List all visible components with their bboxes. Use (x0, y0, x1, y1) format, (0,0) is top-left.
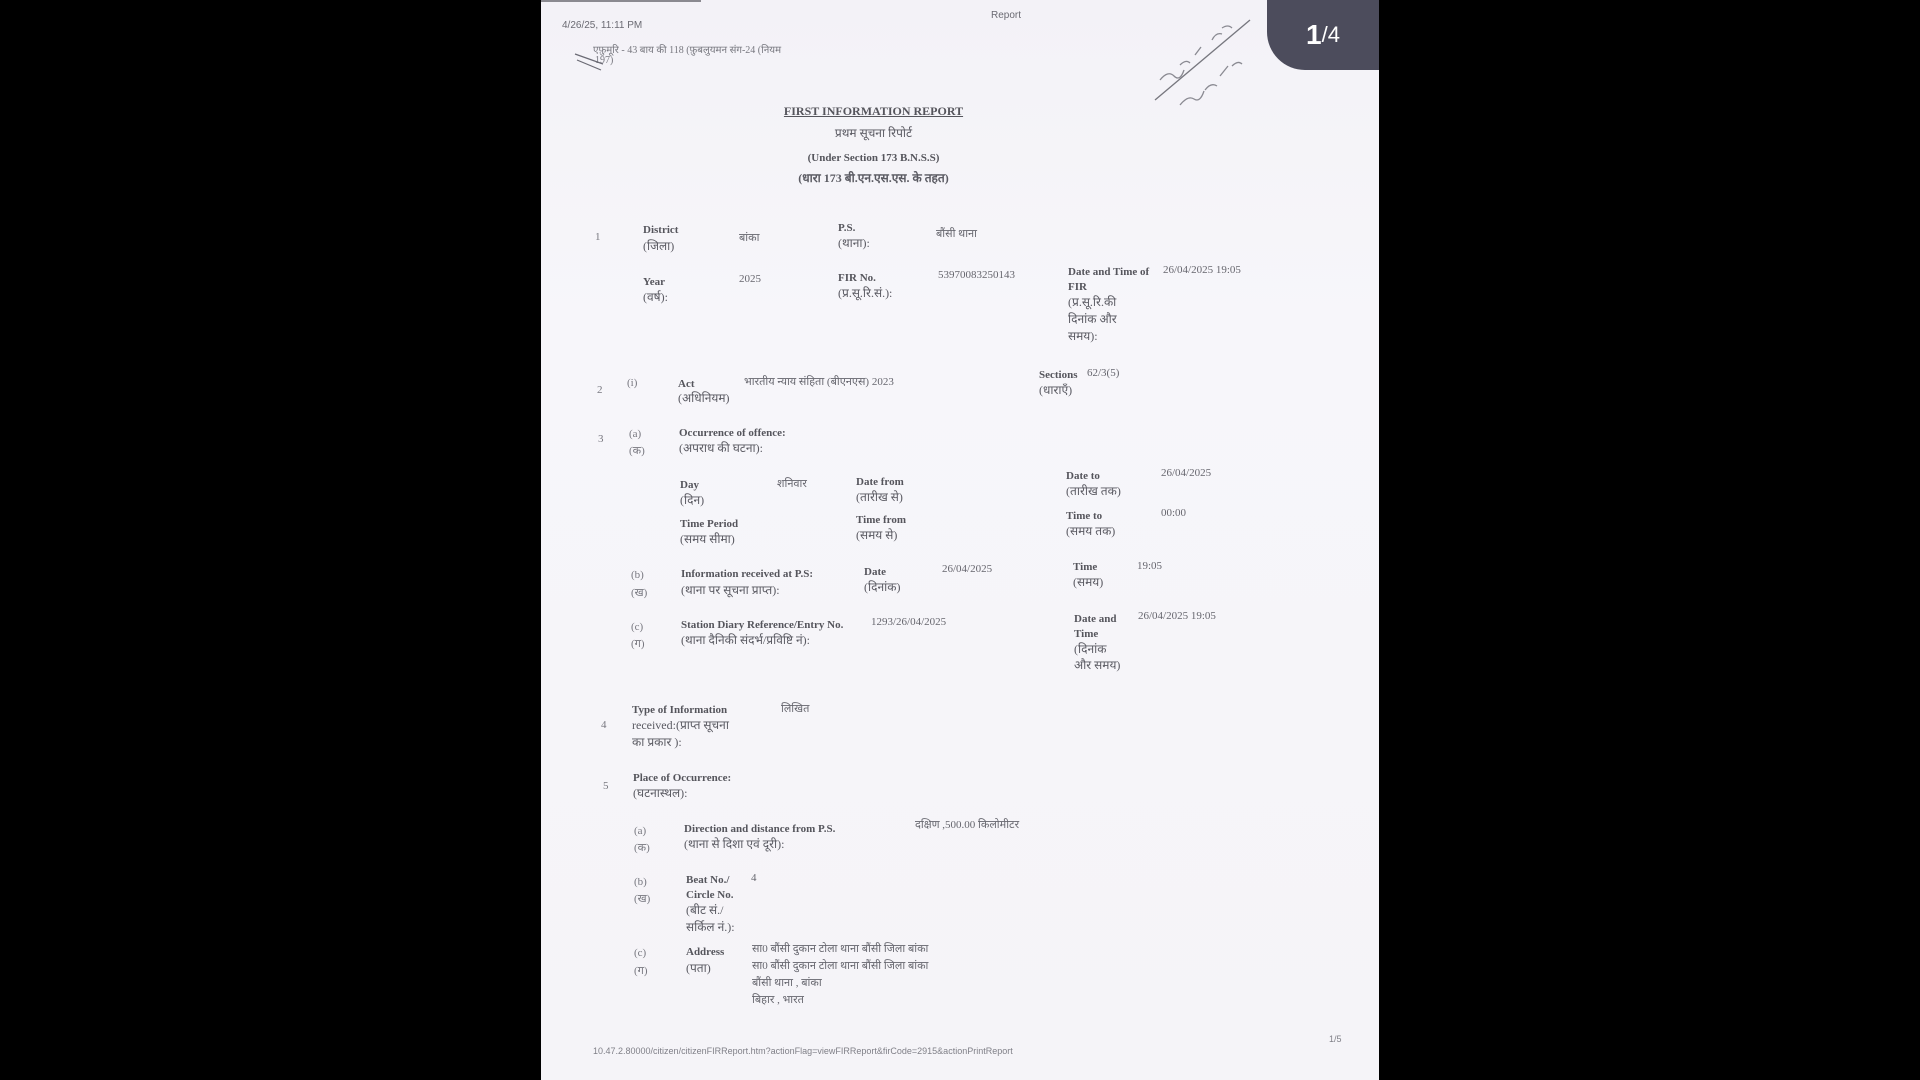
date-from-label-hi: (तारीख से) (856, 490, 903, 505)
document-page: 4/26/25, 11:11 PM Report एफ़ुमूरि - 43 ब… (541, 0, 1379, 1080)
section2-number: 2 (597, 384, 603, 396)
fir-label-hi: (प्र.सू.रि.सं.): (838, 286, 892, 301)
fir-datetime-value: 26/04/2025 19:05 (1163, 264, 1241, 276)
info-type-value: लिखित (781, 701, 809, 716)
district-label-hi: (जिला) (643, 239, 674, 254)
district-value: बांका (739, 230, 759, 245)
info-date-value: 26/04/2025 (942, 563, 992, 575)
section3c-sub-en: (c) (631, 621, 643, 633)
time-period-label-en: Time Period (680, 517, 738, 532)
date-to-label-en: Date to (1066, 469, 1100, 484)
direction-label-en: Direction and distance from P.S. (684, 822, 835, 837)
footer-url: 10.47.2.80000/citizen/citizenFIRReport.h… (593, 1046, 1013, 1056)
address-line: सा0 बौंसी दुकान टोला थाना बौंसी जिला बां… (752, 941, 928, 958)
doc-title-hi: प्रथम सूचना रिपोर्ट (731, 126, 1016, 141)
year-label-en: Year (643, 275, 665, 290)
occurrence-label-hi: (अपराध की घटना): (679, 441, 763, 456)
info-type-label-hi: का प्रकार ): (632, 735, 682, 750)
date-from-label-en: Date from (856, 475, 904, 490)
time-to-label-hi: (समय तक) (1066, 524, 1115, 539)
section3-number: 3 (598, 433, 604, 445)
beat-value: 4 (751, 872, 757, 884)
day-label-en: Day (680, 478, 699, 493)
day-label-hi: (दिन) (680, 493, 704, 508)
info-date-label-en: Date (864, 565, 886, 580)
section2-sub: (i) (627, 377, 637, 389)
section5a-sub-hi: (क) (634, 840, 650, 855)
section3a-sub-hi: (क) (629, 443, 645, 458)
info-time-label-en: Time (1073, 560, 1097, 575)
fir-datetime-label-en2: FIR (1068, 280, 1087, 295)
beat-label-en2: Circle No. (686, 888, 733, 903)
year-value: 2025 (739, 273, 761, 285)
section5b-sub-en: (b) (634, 876, 647, 888)
time-to-label-en: Time to (1066, 509, 1102, 524)
doc-title-en: FIRST INFORMATION REPORT (731, 104, 1016, 119)
date-to-label-hi: (तारीख तक) (1066, 484, 1121, 499)
diary-datetime-value: 26/04/2025 19:05 (1138, 610, 1216, 622)
page-counter-badge: 1 / 4 (1267, 0, 1379, 70)
sections-label-en: Sections (1039, 368, 1078, 383)
diary-datetime-label-en2: Time (1074, 627, 1098, 642)
time-from-label-hi: (समय से) (856, 528, 897, 543)
day-value: शनिवार (777, 476, 807, 491)
info-type-label-en2: received:(प्राप्त सूचना (632, 718, 729, 733)
diary-datetime-label-hi2: और समय) (1074, 658, 1120, 673)
act-label-en: Act (678, 377, 695, 392)
time-to-value: 00:00 (1161, 507, 1186, 519)
date-to-value: 26/04/2025 (1161, 467, 1211, 479)
info-date-label-hi: (दिनांक) (864, 580, 900, 595)
occurrence-label-en: Occurrence of offence: (679, 426, 786, 441)
section5a-sub-en: (a) (634, 825, 646, 837)
diary-datetime-label-hi1: (दिनांक (1074, 642, 1106, 657)
info-time-label-hi: (समय) (1073, 575, 1103, 590)
section1-number: 1 (595, 231, 601, 243)
ps-label-hi: (थाना): (838, 236, 870, 251)
address-line: बौंसी थाना , बांका (752, 975, 928, 992)
beat-label-hi2: सर्किल नं.): (686, 920, 735, 935)
address-label-en: Address (686, 945, 724, 960)
footer-page: 1/5 (1329, 1034, 1342, 1044)
sections-value: 62/3(5) (1087, 367, 1119, 379)
station-diary-value: 1293/26/04/2025 (871, 616, 946, 628)
place-label-en: Place of Occurrence: (633, 771, 731, 786)
page-current: 1 (1306, 19, 1322, 51)
address-label-hi: (पता) (686, 961, 711, 976)
station-diary-label-en: Station Diary Reference/Entry No. (681, 618, 843, 633)
top-rule (541, 0, 701, 2)
handwritten-signature-icon: N.S.K. 27/4/25 (1150, 10, 1260, 120)
fir-label-en: FIR No. (838, 271, 876, 286)
info-time-value: 19:05 (1137, 560, 1162, 572)
station-diary-label-hi: (थाना दैनिकी संदर्भ/प्रविष्टि नं): (681, 633, 810, 648)
pen-mark-icon (573, 48, 613, 72)
fir-datetime-label-en: Date and Time of (1068, 265, 1149, 280)
fir-datetime-label-hi3: समय): (1068, 329, 1098, 344)
year-label-hi: (वर्ष): (643, 290, 668, 305)
handwritten-note: N.S.K. 27/4/25 (1150, 10, 1247, 14)
time-from-label-en: Time from (856, 513, 906, 528)
address-line: बिहार , भारत (752, 992, 928, 1009)
print-datetime: 4/26/25, 11:11 PM (562, 20, 642, 31)
info-received-label-en: Information received at P.S: (681, 567, 813, 582)
print-title: Report (991, 10, 1021, 21)
section5c-sub-en: (c) (634, 947, 646, 959)
fir-datetime-label-hi1: (प्र.सू.रि.की (1068, 295, 1116, 310)
act-label-hi: (अधिनियम) (678, 391, 730, 406)
doc-under-hi: (धारा 173 बी.एन.एस.एस. के तहत) (731, 171, 1016, 186)
section5b-sub-hi: (ख) (634, 891, 650, 906)
time-period-label-hi: (समय सीमा) (680, 532, 735, 547)
place-label-hi: (घटनास्थल): (633, 786, 687, 801)
ps-value: बौंसी थाना (936, 226, 977, 241)
section5-number: 5 (603, 780, 609, 792)
act-value: भारतीय न्याय संहिता (बीएनएस) 2023 (744, 374, 894, 389)
section5c-sub-hi: (ग) (634, 963, 648, 978)
page-total: 4 (1328, 22, 1340, 48)
sections-label-hi: (धाराएँ) (1039, 383, 1072, 398)
section4-number: 4 (601, 719, 607, 731)
section3b-sub-en: (b) (631, 569, 644, 581)
address-line: सा0 बौंसी दुकान टोला थाना बौंसी जिला बां… (752, 958, 928, 975)
section3c-sub-hi: (ग) (631, 636, 645, 651)
section3b-sub-hi: (ख) (631, 585, 647, 600)
top-note-line1: एफ़ुमूरि - 43 बाय की 118 (फ़ुबलुयमन संग-… (593, 42, 781, 56)
section3a-sub-en: (a) (629, 428, 641, 440)
info-type-label-en1: Type of Information (632, 703, 727, 718)
diary-datetime-label-en1: Date and (1074, 612, 1116, 627)
fir-datetime-label-hi2: दिनांक और (1068, 312, 1117, 327)
beat-label-en1: Beat No./ (686, 873, 729, 888)
district-label-en: District (643, 223, 678, 238)
address-lines: सा0 बौंसी दुकान टोला थाना बौंसी जिला बां… (752, 941, 928, 1009)
beat-label-hi1: (बीट सं./ (686, 903, 723, 918)
ps-label-en: P.S. (838, 221, 855, 236)
info-received-label-hi: (थाना पर सूचना प्राप्त): (681, 583, 780, 598)
doc-under-en: (Under Section 173 B.N.S.S) (731, 151, 1016, 166)
fir-number-value: 53970083250143 (938, 269, 1015, 281)
direction-value: दक्षिण ,500.00 किलोमीटर (915, 817, 1019, 832)
direction-label-hi: (थाना से दिशा एवं दूरी): (684, 837, 784, 852)
